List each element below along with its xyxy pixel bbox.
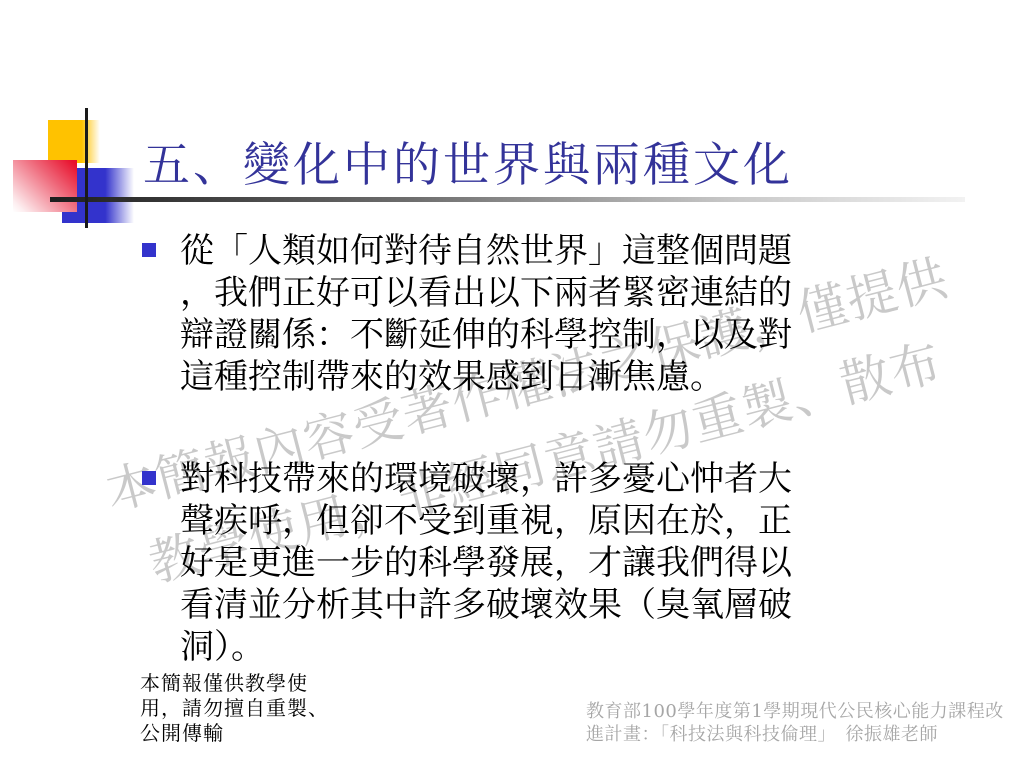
bullet-text: 對科技帶來的環境破壞，許多憂心忡者大 聲疾呼，但卻不受到重視，原因在於，正 好是… (180, 458, 840, 668)
bullet-square-icon (142, 243, 156, 257)
decor-vertical-line (85, 108, 88, 228)
decor-yellow-square (48, 120, 100, 163)
decor-red-square (13, 160, 77, 212)
title-underline (50, 197, 965, 202)
bullet-item: 對科技帶來的環境破壞，許多憂心忡者大 聲疾呼，但卻不受到重視，原因在於，正 好是… (142, 458, 840, 668)
bullet-item: 從「人類如何對待自然世界」這整個問題 ，我們正好可以看出以下兩者緊密連結的 辯證… (142, 230, 840, 398)
footer-left-note: 本簡報僅供教學使 用，請勿擅自重製、 公開傳輸 (140, 671, 329, 746)
bullet-text: 從「人類如何對待自然世界」這整個問題 ，我們正好可以看出以下兩者緊密連結的 辯證… (180, 230, 840, 398)
slide-title: 五、變化中的世界與兩種文化 (143, 128, 793, 195)
bullet-list: 從「人類如何對待自然世界」這整個問題 ，我們正好可以看出以下兩者緊密連結的 辯證… (142, 230, 840, 668)
slide: 本簡報內容受著作權法之保護，僅提供 教學使用，非經同意請勿重製、散布 五、變化中… (0, 0, 1024, 768)
bullet-square-icon (142, 471, 156, 485)
footer-right-credit: 教育部100學年度第1學期現代公民核心能力課程改 進計畫：「科技法與科技倫理」 … (586, 700, 1004, 746)
